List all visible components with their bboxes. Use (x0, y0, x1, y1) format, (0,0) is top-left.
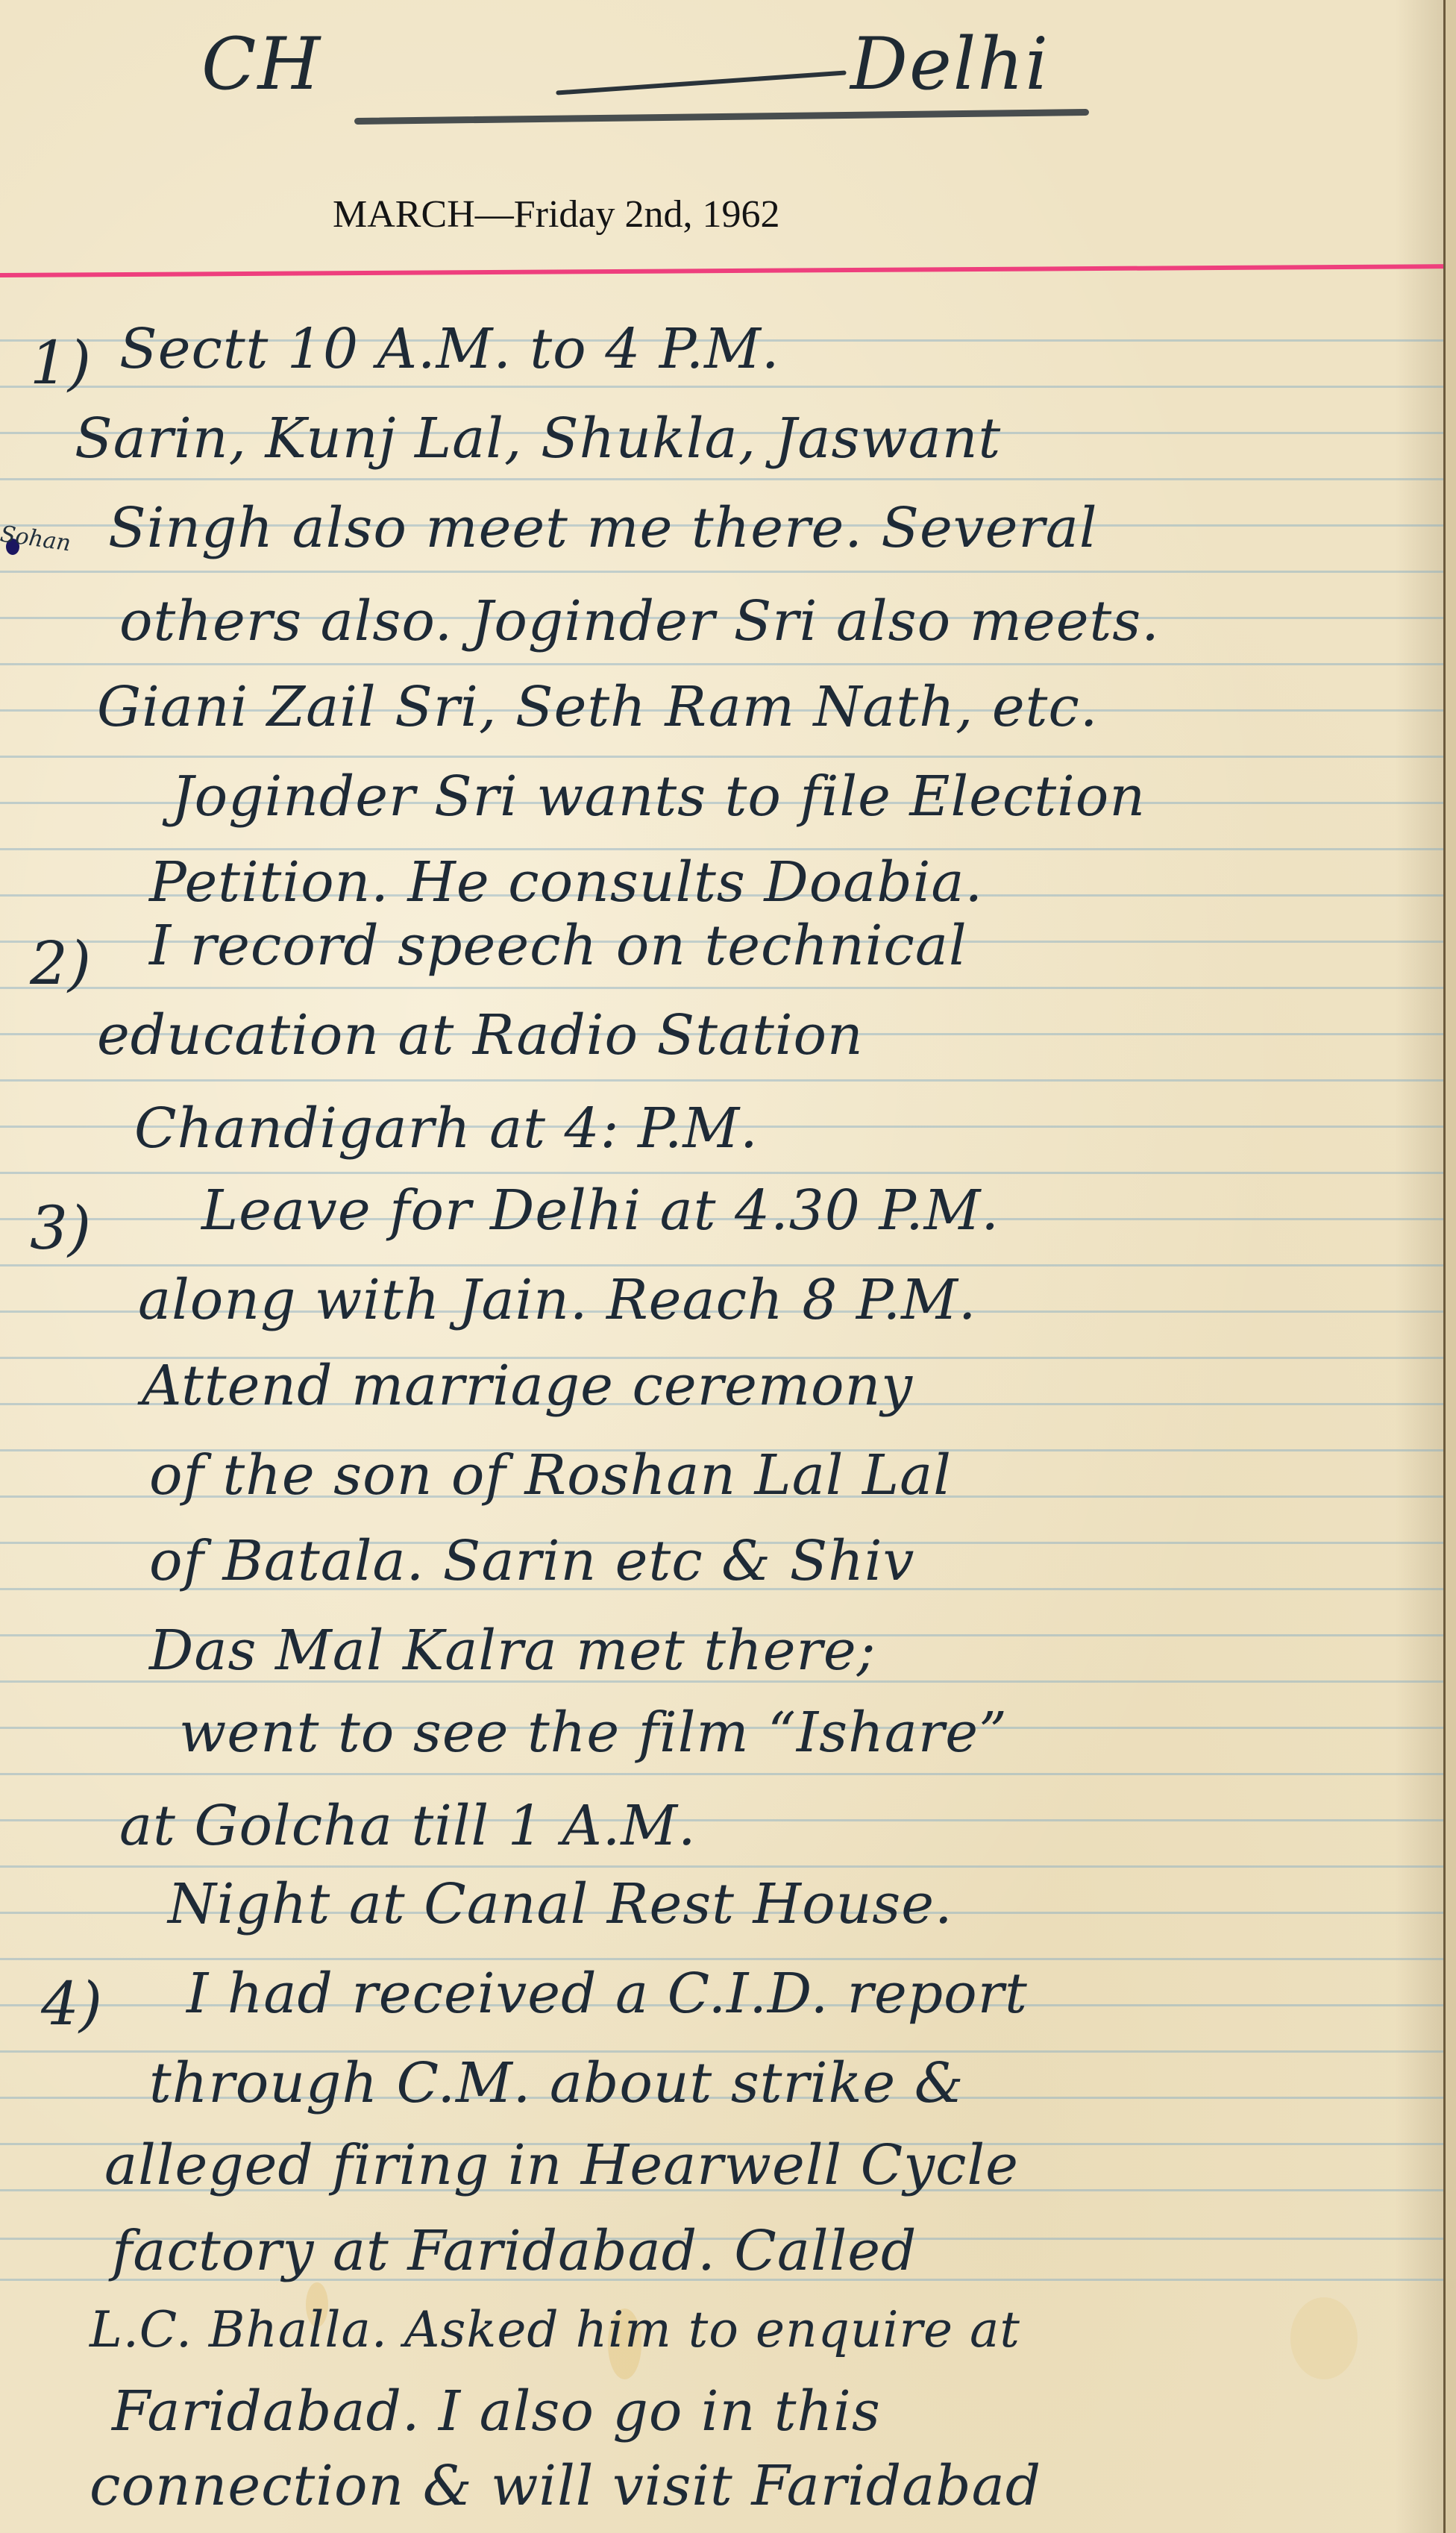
entry-line: along with Jain. Reach 8 P.M. (138, 1268, 976, 1332)
entry-line: Giani Zail Sri, Seth Ram Nath, etc. (97, 675, 1098, 739)
entry-line: Leave for Delhi at 4.30 P.M. (201, 1178, 1000, 1243)
entry-line: Chandigarh at 4: P.M. (134, 1096, 759, 1161)
header-place: Delhi (850, 22, 1049, 106)
header-underline (354, 109, 1089, 125)
entry-line: Sarin, Kunj Lal, Shukla, Jaswant (75, 407, 1001, 471)
entry-line: Night at Canal Rest House. (168, 1872, 953, 1936)
paper-stain (1290, 2297, 1358, 2379)
entry-line: education at Radio Station (97, 1003, 864, 1067)
entry-line: connection & will visit Faridabad (90, 2454, 1041, 2518)
entry-line: went to see the film “Ishare” (179, 1701, 1008, 1765)
entry-line: Faridabad. I also go in this (112, 2379, 881, 2443)
header-rule (0, 264, 1443, 277)
entry-line: Das Mal Kalra met there; (149, 1619, 876, 1683)
entry-line: others also. Joginder Sri also meets. (119, 589, 1160, 653)
page-gutter-shadow (1395, 0, 1443, 2533)
entry-line: through C.M. about strike & (149, 2051, 964, 2115)
entry-line: I had received a C.I.D. report (186, 1962, 1028, 2026)
entry-line: Petition. He consults Doabia. (149, 850, 983, 914)
entry-line: factory at Faridabad. Called (112, 2219, 917, 2283)
page-binding-edge (1443, 0, 1456, 2533)
printed-date: MARCH—Friday 2nd, 1962 (333, 192, 779, 236)
entry-line: Sectt 10 A.M. to 4 P.M. (119, 317, 779, 381)
entry-number: 2) (30, 929, 91, 998)
entry-line: Attend marriage ceremony (142, 1354, 913, 1418)
entry-line: L.C. Bhalla. Asked him to enquire at (90, 2301, 1020, 2358)
entry-line: I record speech on technical (149, 914, 967, 978)
header-code: CH (201, 22, 321, 106)
entry-number: 1) (30, 328, 91, 398)
diary-page: CH Delhi MARCH—Friday 2nd, 1962 (0, 0, 1443, 2533)
entry-line: Singh also meet me there. Several (108, 496, 1098, 560)
entry-line: at Golcha till 1 A.M. (119, 1794, 697, 1858)
entry-number: 3) (30, 1193, 91, 1263)
header-dash (556, 70, 846, 95)
entry-number: 4) (41, 1969, 102, 2038)
entry-line: alleged firing in Hearwell Cycle (104, 2133, 1019, 2197)
entry-line: Joginder Sri wants to file Election (172, 765, 1146, 829)
entry-line: of the son of Roshan Lal Lal (149, 1443, 952, 1507)
entry-line: of Batala. Sarin etc & Shiv (149, 1529, 914, 1593)
